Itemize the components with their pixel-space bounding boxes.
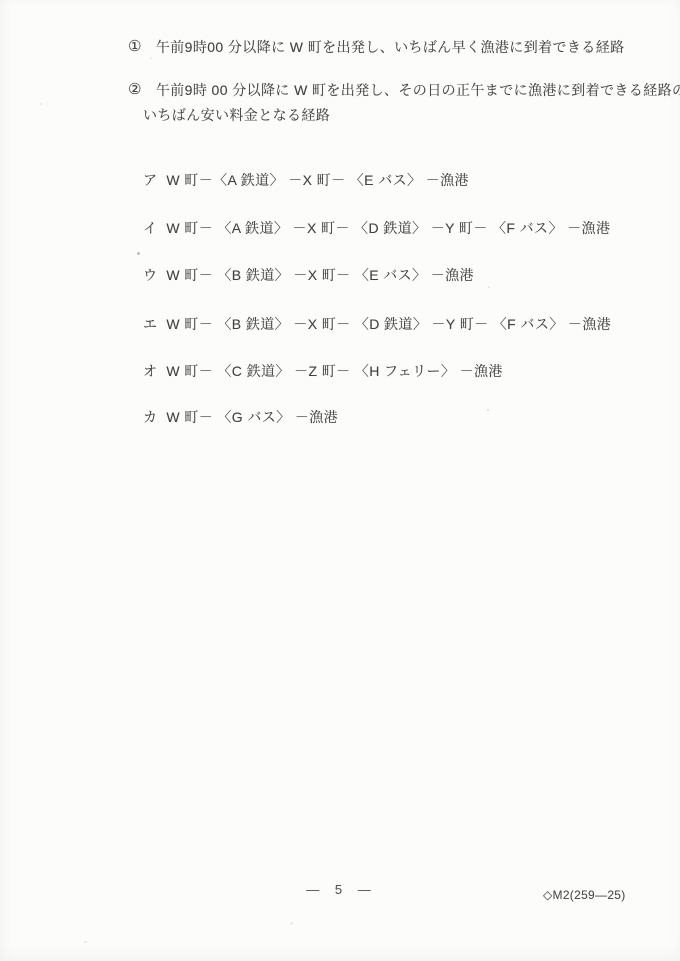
scan-speck xyxy=(84,941,87,943)
question-1: ① 午前9時00 分以降に W 町を出発し、いちばん早く漁港に到着できる経路 xyxy=(128,38,625,56)
option-label-a: ア xyxy=(143,171,157,189)
question-2: ② 午前9時 00 分以降に W 町を出発し、その日の正午までに漁港に到着できる… xyxy=(128,81,680,99)
circled-number-2: ② xyxy=(128,81,142,99)
option-label-i: イ xyxy=(143,219,157,237)
scan-speck xyxy=(488,286,490,288)
route-option-o: オ W 町－ 〈C 鉄道〉 －Z 町－ 〈H フェリー〉 －漁港 xyxy=(143,362,503,380)
route-option-i: イ W 町－ 〈A 鉄道〉 －X 町－ 〈D 鉄道〉 －Y 町－ 〈F バス〉 … xyxy=(143,219,610,237)
option-route-u: W 町－ 〈B 鉄道〉 －X 町－ 〈E バス〉 －漁港 xyxy=(166,266,474,284)
route-option-e: エ W 町－ 〈B 鉄道〉 －X 町－ 〈D 鉄道〉 －Y 町－ 〈F バス〉 … xyxy=(143,315,611,333)
option-label-ka: カ xyxy=(143,408,157,426)
document-code: ◇M2(259—25) xyxy=(543,888,626,902)
question-1-text: 午前9時00 分以降に W 町を出発し、いちばん早く漁港に到着できる経路 xyxy=(156,38,625,56)
scan-speck xyxy=(137,252,140,255)
scan-speck xyxy=(150,57,152,59)
question-2-text-line2: いちばん安い料金となる経路 xyxy=(143,106,330,124)
route-option-u: ウ W 町－ 〈B 鉄道〉 －X 町－ 〈E バス〉 －漁港 xyxy=(143,266,474,284)
scan-speck xyxy=(40,103,42,105)
route-option-ka: カ W 町－ 〈G バス〉 －漁港 xyxy=(143,408,338,426)
option-route-e: W 町－ 〈B 鉄道〉 －X 町－ 〈D 鉄道〉 －Y 町－ 〈F バス〉 －漁… xyxy=(166,315,611,333)
option-label-u: ウ xyxy=(143,266,157,284)
scan-speck xyxy=(290,922,293,925)
route-option-a: ア W 町－〈A 鉄道〉 －X 町－ 〈E バス〉 －漁港 xyxy=(143,171,469,189)
option-route-i: W 町－ 〈A 鉄道〉 －X 町－ 〈D 鉄道〉 －Y 町－ 〈F バス〉 －漁… xyxy=(166,219,610,237)
scanned-exam-page: ① 午前9時00 分以降に W 町を出発し、いちばん早く漁港に到着できる経路 ②… xyxy=(0,0,680,961)
question-2-text-line1: 午前9時 00 分以降に W 町を出発し、その日の正午までに漁港に到着できる経路… xyxy=(156,81,680,99)
circled-number-1: ① xyxy=(128,38,142,56)
option-label-e: エ xyxy=(143,315,157,333)
question-2-continuation: いちばん安い料金となる経路 xyxy=(143,106,330,124)
option-route-ka: W 町－ 〈G バス〉 －漁港 xyxy=(166,408,338,426)
scan-speck xyxy=(487,409,489,411)
option-route-a: W 町－〈A 鉄道〉 －X 町－ 〈E バス〉 －漁港 xyxy=(166,171,468,189)
option-route-o: W 町－ 〈C 鉄道〉 －Z 町－ 〈H フェリー〉 －漁港 xyxy=(166,362,502,380)
option-label-o: オ xyxy=(143,362,157,380)
